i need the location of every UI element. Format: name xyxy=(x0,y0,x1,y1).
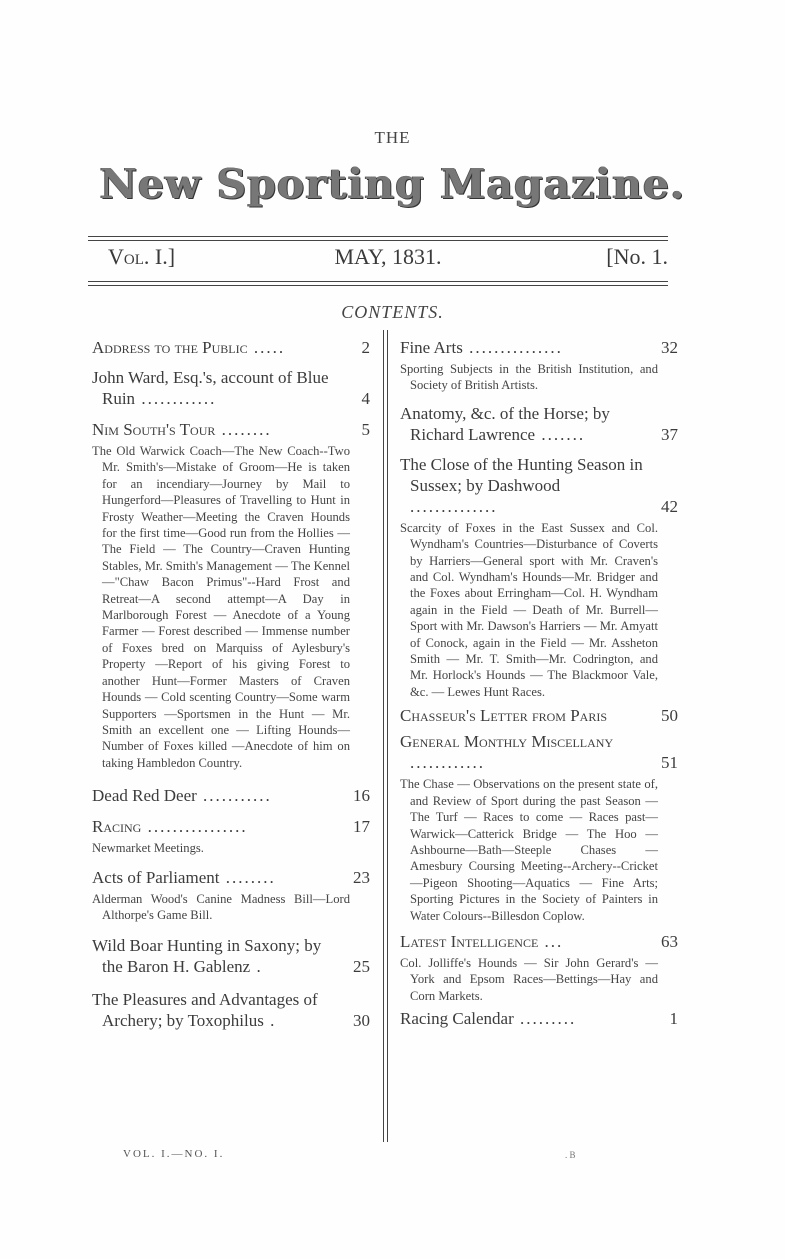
page-number: 30 xyxy=(353,1010,370,1031)
page-number: 51 xyxy=(661,752,678,773)
page-number: 63 xyxy=(661,931,678,952)
toc-entry[interactable]: Acts of Parliament ........ 23 xyxy=(92,867,370,888)
toc-entry[interactable]: Address to the Public ..... 2 xyxy=(92,337,370,358)
entry-description: The Chase — Observations on the present … xyxy=(400,776,678,924)
page-number: 5 xyxy=(362,419,371,440)
signature-mark: . B xyxy=(565,1150,576,1160)
entry-description: The Old Warwick Coach—The New Coach--Two… xyxy=(92,443,370,771)
entry-title: The Close of the Hunting Season in Susse… xyxy=(400,455,643,495)
issue-number: [No. 1. xyxy=(606,244,668,270)
toc-entry[interactable]: Anatomy, &c. of the Horse; by Richard La… xyxy=(400,403,678,445)
page-number: 50 xyxy=(661,705,678,726)
entry-description: Alderman Wood's Canine Madness Bill—Lord… xyxy=(92,891,370,924)
entry-description: Col. Jolliffe's Hounds — Sir John Gerard… xyxy=(400,955,678,1004)
page-number: 23 xyxy=(353,867,370,888)
contents-right-column: Fine Arts ............... 32 Sporting Su… xyxy=(400,330,678,1029)
entry-title: Racing Calendar xyxy=(400,1009,514,1028)
toc-entry[interactable]: Dead Red Deer ........... 16 xyxy=(92,785,370,806)
contents-left-column: Address to the Public ..... 2 John Ward,… xyxy=(92,330,370,1031)
toc-entry[interactable]: Chasseur's Letter from Paris 50 xyxy=(400,705,678,726)
toc-entry[interactable]: The Close of the Hunting Season in Susse… xyxy=(400,454,678,517)
page-number: 32 xyxy=(661,337,678,358)
entry-title: Chasseur's Letter from Paris xyxy=(400,706,607,725)
masthead-title: New Sporting Magazine. xyxy=(0,160,785,208)
bottom-rule xyxy=(88,281,668,282)
toc-entry[interactable]: Latest Intelligence ... 63 xyxy=(400,931,678,952)
masthead-prefix: THE xyxy=(0,128,785,148)
entry-title: Dead Red Deer xyxy=(92,786,197,805)
page-number: 37 xyxy=(661,424,678,445)
entry-title: Racing xyxy=(92,817,141,836)
entry-title: Address to the Public xyxy=(92,338,248,357)
entry-title: Acts of Parliament xyxy=(92,868,219,887)
contents-heading: CONTENTS. xyxy=(0,302,785,323)
entry-description: Scarcity of Foxes in the East Sussex and… xyxy=(400,520,678,700)
entry-description: Newmarket Meetings. xyxy=(92,840,370,856)
entry-description: Sporting Subjects in the British Institu… xyxy=(400,361,678,394)
entry-title: Latest Intelligence xyxy=(400,932,538,951)
column-divider xyxy=(383,330,388,1142)
page-number: 25 xyxy=(353,956,370,977)
toc-entry[interactable]: Racing ................ 17 xyxy=(92,816,370,837)
toc-entry[interactable]: General Monthly Miscellany ............ … xyxy=(400,731,678,773)
issue-date: MAY, 1831. xyxy=(108,244,668,270)
top-rule-inner xyxy=(88,240,668,241)
entry-title: The Pleasures and Advantages of Archery;… xyxy=(92,990,318,1030)
page-number: 4 xyxy=(362,388,371,409)
toc-entry[interactable]: Fine Arts ............... 32 xyxy=(400,337,678,358)
entry-title: General Monthly Miscellany xyxy=(400,732,613,751)
page-number: 16 xyxy=(353,785,370,806)
entry-title: Wild Boar Hunting in Saxony; by the Baro… xyxy=(92,936,321,976)
page-number: 1 xyxy=(670,1008,679,1029)
page-number: 2 xyxy=(362,337,371,358)
toc-entry[interactable]: Wild Boar Hunting in Saxony; by the Baro… xyxy=(92,935,370,977)
entry-title: Fine Arts xyxy=(400,338,463,357)
page-number: 17 xyxy=(353,816,370,837)
toc-entry[interactable]: Racing Calendar ......... 1 xyxy=(400,1008,678,1029)
issue-line: Vol. I.] MAY, 1831. [No. 1. xyxy=(108,244,668,274)
top-rule xyxy=(88,236,668,237)
bottom-rule-inner xyxy=(88,285,668,286)
toc-entry[interactable]: The Pleasures and Advantages of Archery;… xyxy=(92,989,370,1031)
toc-entry[interactable]: Nim South's Tour ........ 5 xyxy=(92,419,370,440)
printer-signature: VOL. I.—NO. I. xyxy=(123,1148,224,1160)
page-number: 42 xyxy=(661,496,678,517)
toc-entry[interactable]: John Ward, Esq.'s, account of Blue Ruin … xyxy=(92,367,370,409)
entry-title: Nim South's Tour xyxy=(92,420,215,439)
